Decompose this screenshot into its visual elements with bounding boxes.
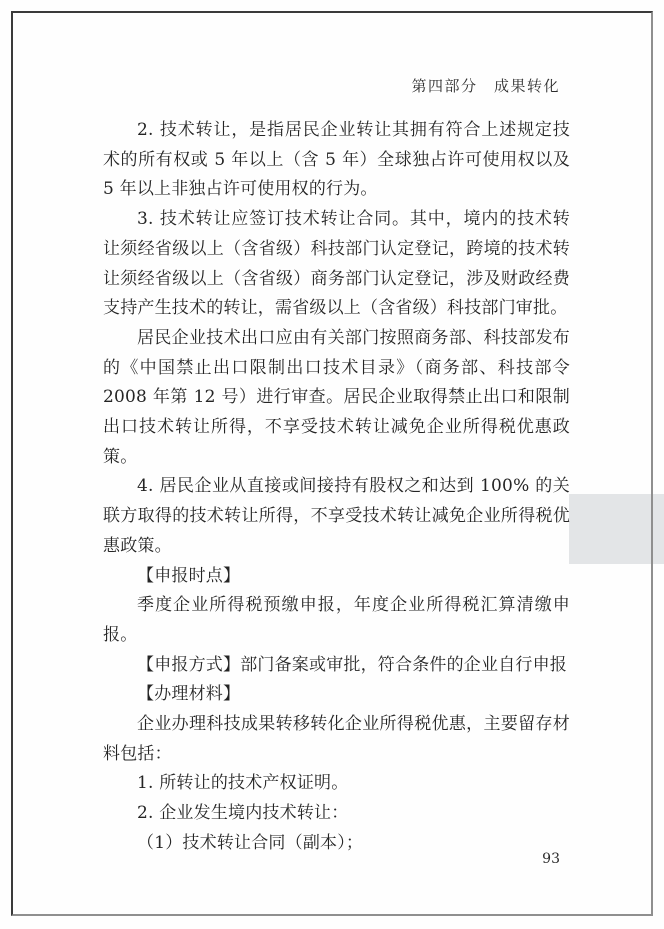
list-item-property-proof: 1. 所转让的技术产权证明。 — [103, 769, 570, 799]
page-content: 第四部分 成果转化 2. 技术转让，是指居民企业转让其拥有符合上述规定技术的所有… — [0, 0, 664, 929]
list-item-domestic-transfer: 2. 企业发生境内技术转让： — [103, 799, 570, 829]
body-text: 2. 技术转让，是指居民企业转让其拥有符合上述规定技术的所有权或 5 年以上（含… — [103, 116, 570, 859]
paragraph-export-review: 居民企业技术出口应由有关部门按照商务部、科技部发布的《中国禁止出口限制出口技术目… — [103, 324, 570, 473]
paragraph-related-party: 4. 居民企业从直接或间接持有股权之和达到 100% 的关联方取得的技术转让所得… — [103, 472, 570, 561]
paragraph-declaration-time: 季度企业所得税预缴申报，年度企业所得税汇算清缴申报。 — [103, 591, 570, 650]
paragraph-materials-intro: 企业办理科技成果转移转化企业所得税优惠，主要留存材料包括： — [103, 710, 570, 769]
section-heading-declaration-time: 【申报时点】 — [103, 562, 570, 592]
running-header: 第四部分 成果转化 — [0, 75, 560, 96]
scanned-page: 第四部分 成果转化 2. 技术转让，是指居民企业转让其拥有符合上述规定技术的所有… — [0, 0, 664, 929]
paragraph-tech-transfer-definition: 2. 技术转让，是指居民企业转让其拥有符合上述规定技术的所有权或 5 年以上（含… — [103, 116, 570, 205]
paragraph-contract-registration: 3. 技术转让应签订技术转让合同。其中，境内的技术转让须经省级以上（含省级）科技… — [103, 205, 570, 324]
page-number: 93 — [0, 851, 560, 867]
section-heading-materials: 【办理材料】 — [103, 680, 570, 710]
section-heading-declaration-method: 【申报方式】部门备案或审批，符合条件的企业自行申报 — [103, 651, 570, 681]
